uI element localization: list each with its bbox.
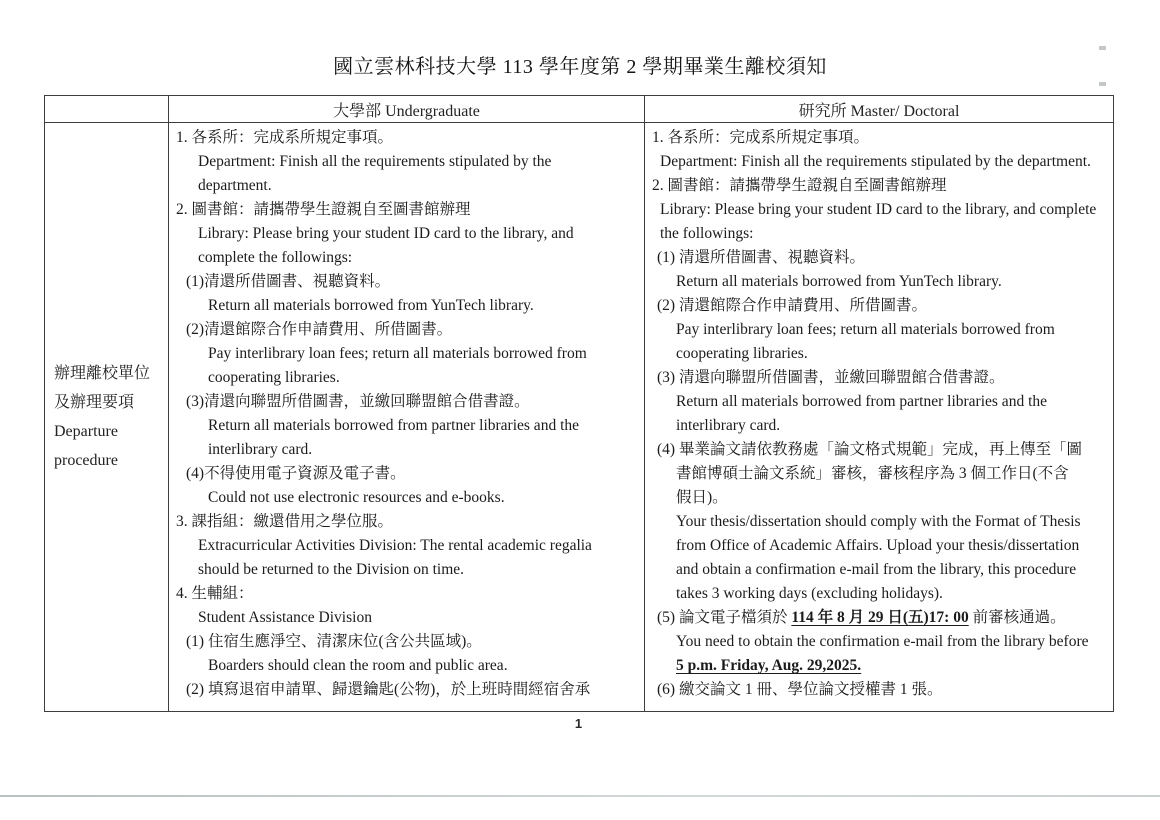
text-segment: and obtain a confirmation e-mail from th… bbox=[676, 561, 1076, 578]
text-segment: 1. 各系所：完成系所規定事項。 bbox=[652, 129, 869, 146]
page-number: 1 bbox=[44, 716, 1113, 731]
text-line: (2)清還館際合作申請費用、所借圖書。 bbox=[169, 318, 644, 342]
text-segment: interlibrary card. bbox=[208, 441, 312, 458]
text-line: (1) 住宿生應淨空、清潔床位(含公共區域)。 bbox=[169, 630, 644, 654]
text-line: (4) 畢業論文請依教務處「論文格式規範」完成，再上傳至「圖 bbox=[645, 438, 1113, 462]
text-line: from Office of Academic Affairs. Upload … bbox=[645, 534, 1113, 558]
text-line: (2) 填寫退宿申請單、歸還鑰匙(公物)，於上班時間經宿舍承 bbox=[169, 678, 644, 702]
text-line: Departure bbox=[54, 417, 168, 446]
text-line: and obtain a confirmation e-mail from th… bbox=[645, 558, 1113, 582]
table-header-row: 大學部 Undergraduate 研究所 Master/ Doctoral bbox=[45, 96, 1114, 123]
text-line: cooperating libraries. bbox=[169, 366, 644, 390]
text-line: Return all materials borrowed from YunTe… bbox=[645, 270, 1113, 294]
text-segment: 2. 圖書館：請攜帶學生證親自至圖書館辦理 bbox=[176, 201, 471, 218]
text-line: (1) 清還所借圖書、視聽資料。 bbox=[645, 246, 1113, 270]
text-segment: (5) 論文電子檔須於 bbox=[657, 609, 791, 626]
text-line: You need to obtain the confirmation e-ma… bbox=[645, 630, 1113, 654]
text-segment: Department: Finish all the requirements … bbox=[198, 153, 551, 170]
departure-procedure-label: 辦理離校單位及辦理要項Departureprocedure bbox=[45, 359, 168, 475]
text-segment: 假日)。 bbox=[676, 489, 728, 506]
text-line: 1. 各系所：完成系所規定事項。 bbox=[169, 126, 644, 150]
undergraduate-content-cell: 1. 各系所：完成系所規定事項。Department: Finish all t… bbox=[169, 123, 645, 712]
text-segment: Student Assistance Division bbox=[198, 609, 372, 626]
text-segment: (6) 繳交論文 1 冊、學位論文授權書 1 張。 bbox=[657, 681, 942, 698]
text-segment: 2. 圖書館：請攜帶學生證親自至圖書館辦理 bbox=[652, 177, 947, 194]
text-line: 及辦理要項 bbox=[54, 388, 168, 417]
scan-artifact-mark bbox=[1099, 82, 1106, 86]
text-segment: Return all materials borrowed from YunTe… bbox=[208, 297, 534, 314]
text-segment: from Office of Academic Affairs. Upload … bbox=[676, 537, 1079, 554]
text-line: 5 p.m. Friday, Aug. 29,2025. bbox=[645, 654, 1113, 678]
text-segment: takes 3 working days (excluding holidays… bbox=[676, 585, 943, 602]
text-segment: Return all materials borrowed from partn… bbox=[676, 393, 1047, 410]
text-line: Boarders should clean the room and publi… bbox=[169, 654, 644, 678]
text-line: Pay interlibrary loan fees; return all m… bbox=[645, 318, 1113, 342]
text-segment: interlibrary card. bbox=[676, 417, 780, 434]
text-segment: Library: Please bring your student ID ca… bbox=[660, 201, 1096, 218]
text-segment: the followings: bbox=[660, 225, 753, 242]
scan-edge-line bbox=[0, 795, 1160, 797]
text-line: should be returned to the Division on ti… bbox=[169, 558, 644, 582]
text-line: (3)清還向聯盟所借圖書，並繳回聯盟館合借書證。 bbox=[169, 390, 644, 414]
text-line: (5) 論文電子檔須於 114 年 8 月 29 日(五)17: 00 前審核通… bbox=[645, 606, 1113, 630]
highlighted-deadline-text: 114 年 8 月 29 日(五)17: 00 bbox=[791, 609, 968, 626]
text-segment: (3) 清還向聯盟所借圖書，並繳回聯盟館合借書證。 bbox=[657, 369, 1004, 386]
text-line: 2. 圖書館：請攜帶學生證親自至圖書館辦理 bbox=[169, 198, 644, 222]
highlighted-deadline-text: 5 p.m. Friday, Aug. 29,2025. bbox=[676, 657, 861, 674]
master-doctoral-content-cell: 1. 各系所：完成系所規定事項。Department: Finish all t… bbox=[645, 123, 1114, 712]
text-segment: 3. 課指組：繳還借用之學位服。 bbox=[176, 513, 393, 530]
text-line: Student Assistance Division bbox=[169, 606, 644, 630]
header-cell-master-doctoral: 研究所 Master/ Doctoral bbox=[645, 96, 1114, 123]
text-segment: (3)清還向聯盟所借圖書，並繳回聯盟館合借書證。 bbox=[186, 393, 530, 410]
text-line: 假日)。 bbox=[645, 486, 1113, 510]
text-segment: cooperating libraries. bbox=[208, 369, 340, 386]
text-line: Your thesis/dissertation should comply w… bbox=[645, 510, 1113, 534]
text-segment: complete the followings: bbox=[198, 249, 352, 266]
text-line: 3. 課指組：繳還借用之學位服。 bbox=[169, 510, 644, 534]
text-segment: (4)不得使用電子資源及電子書。 bbox=[186, 465, 406, 482]
text-segment: Return all materials borrowed from YunTe… bbox=[676, 273, 1002, 290]
text-line: (1)清還所借圖書、視聽資料。 bbox=[169, 270, 644, 294]
text-segment: Boarders should clean the room and publi… bbox=[208, 657, 508, 674]
text-segment: 4. 生輔組： bbox=[176, 585, 254, 602]
text-line: Return all materials borrowed from partn… bbox=[169, 414, 644, 438]
text-segment: You need to obtain the confirmation e-ma… bbox=[676, 633, 1089, 650]
text-line: Department: Finish all the requirements … bbox=[169, 150, 644, 174]
text-segment: (1) 清還所借圖書、視聽資料。 bbox=[657, 249, 865, 266]
text-segment: Could not use electronic resources and e… bbox=[208, 489, 505, 506]
departure-procedure-table: 大學部 Undergraduate 研究所 Master/ Doctoral 辦… bbox=[44, 95, 1114, 712]
text-line: 4. 生輔組： bbox=[169, 582, 644, 606]
text-line: the followings: bbox=[645, 222, 1113, 246]
text-segment: Pay interlibrary loan fees; return all m… bbox=[676, 321, 1055, 338]
text-segment: Pay interlibrary loan fees; return all m… bbox=[208, 345, 587, 362]
text-line: complete the followings: bbox=[169, 246, 644, 270]
text-segment: (2)清還館際合作申請費用、所借圖書。 bbox=[186, 321, 452, 338]
row-label-cell: 辦理離校單位及辦理要項Departureprocedure bbox=[45, 123, 169, 712]
text-segment: Department: Finish all the requirements … bbox=[660, 153, 1091, 170]
text-segment: Library: Please bring your student ID ca… bbox=[198, 225, 574, 242]
text-line: Library: Please bring your student ID ca… bbox=[169, 222, 644, 246]
text-line: interlibrary card. bbox=[169, 438, 644, 462]
scan-artifact-mark bbox=[1099, 46, 1106, 50]
text-segment: 書館博碩士論文系統」審核，審核程序為 3 個工作日(不含 bbox=[676, 465, 1069, 482]
text-line: 書館博碩士論文系統」審核，審核程序為 3 個工作日(不含 bbox=[645, 462, 1113, 486]
text-line: 辦理離校單位 bbox=[54, 359, 168, 388]
text-segment: Your thesis/dissertation should comply w… bbox=[676, 513, 1081, 530]
text-segment: (2) 填寫退宿申請單、歸還鑰匙(公物)，於上班時間經宿舍承 bbox=[186, 681, 590, 698]
text-line: (3) 清還向聯盟所借圖書，並繳回聯盟館合借書證。 bbox=[645, 366, 1113, 390]
text-segment: (1)清還所借圖書、視聽資料。 bbox=[186, 273, 390, 290]
text-segment: (2) 清還館際合作申請費用、所借圖書。 bbox=[657, 297, 927, 314]
text-line: procedure bbox=[54, 446, 168, 475]
text-line: cooperating libraries. bbox=[645, 342, 1113, 366]
text-segment: 前審核通過。 bbox=[969, 609, 1066, 626]
table-body-row: 辦理離校單位及辦理要項Departureprocedure 1. 各系所：完成系… bbox=[45, 123, 1114, 712]
text-line: (4)不得使用電子資源及電子書。 bbox=[169, 462, 644, 486]
text-line: Return all materials borrowed from partn… bbox=[645, 390, 1113, 414]
text-line: Library: Please bring your student ID ca… bbox=[645, 198, 1113, 222]
text-line: takes 3 working days (excluding holidays… bbox=[645, 582, 1113, 606]
text-line: (6) 繳交論文 1 冊、學位論文授權書 1 張。 bbox=[645, 678, 1113, 702]
text-segment: 1. 各系所：完成系所規定事項。 bbox=[176, 129, 393, 146]
text-line: 1. 各系所：完成系所規定事項。 bbox=[645, 126, 1113, 150]
text-line: Could not use electronic resources and e… bbox=[169, 486, 644, 510]
header-cell-empty bbox=[45, 96, 169, 123]
text-segment: Return all materials borrowed from partn… bbox=[208, 417, 579, 434]
text-line: department. bbox=[169, 174, 644, 198]
text-segment: should be returned to the Division on ti… bbox=[198, 561, 464, 578]
text-segment: Extracurricular Activities Division: The… bbox=[198, 537, 592, 554]
text-segment: (4) 畢業論文請依教務處「論文格式規範」完成，再上傳至「圖 bbox=[657, 441, 1082, 458]
text-segment: (1) 住宿生應淨空、清潔床位(含公共區域)。 bbox=[186, 633, 482, 650]
text-segment: cooperating libraries. bbox=[676, 345, 808, 362]
text-line: Return all materials borrowed from YunTe… bbox=[169, 294, 644, 318]
text-line: Department: Finish all the requirements … bbox=[645, 150, 1113, 174]
text-line: Pay interlibrary loan fees; return all m… bbox=[169, 342, 644, 366]
header-cell-undergraduate: 大學部 Undergraduate bbox=[169, 96, 645, 123]
page-title: 國立雲林科技大學 113 學年度第 2 學期畢業生離校須知 bbox=[0, 50, 1160, 79]
text-line: interlibrary card. bbox=[645, 414, 1113, 438]
text-line: Extracurricular Activities Division: The… bbox=[169, 534, 644, 558]
text-segment: department. bbox=[198, 177, 272, 194]
text-line: 2. 圖書館：請攜帶學生證親自至圖書館辦理 bbox=[645, 174, 1113, 198]
text-line: (2) 清還館際合作申請費用、所借圖書。 bbox=[645, 294, 1113, 318]
